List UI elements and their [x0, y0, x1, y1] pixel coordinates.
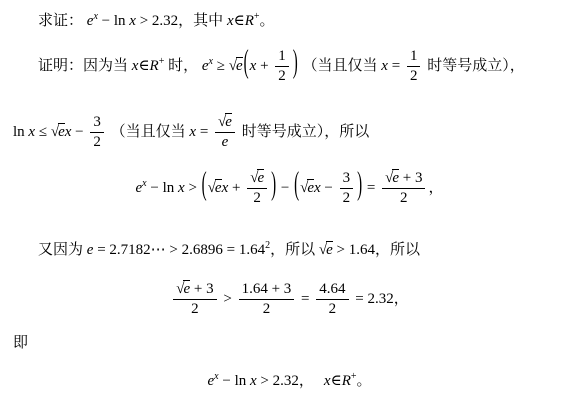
- fraction-numerator: 1: [275, 48, 289, 67]
- fraction-3-2: 32: [340, 170, 354, 208]
- line-numeric-bound: √e + 32 > 1.64 + 32 = 4.642 = 2.32，: [0, 281, 579, 319]
- op-minus-ln: − ln: [102, 13, 126, 29]
- big-paren-open: (: [293, 165, 300, 208]
- op-minus: −: [75, 124, 83, 140]
- sqrt-e: √e: [300, 180, 314, 196]
- line-claim: 求证： ex − ln x > 2.32，其中 x∈R+。: [38, 12, 275, 32]
- text-qizhong: ，其中: [178, 13, 227, 29]
- var-x: x: [222, 180, 229, 196]
- because-label: 又因为: [38, 242, 87, 258]
- cond-close: 时等号成立），: [423, 58, 524, 74]
- sup-x: x: [214, 371, 218, 382]
- fraction-denominator: 2: [173, 300, 216, 318]
- comma: ，: [394, 291, 409, 307]
- line-combined-inequality: ex − ln x > (√ex + √e2) − (√ex − 32) = √…: [0, 170, 579, 208]
- op-plus: +: [260, 58, 268, 74]
- plus-3: + 3: [190, 281, 213, 297]
- op-in: ∈: [234, 13, 245, 29]
- sqrt-e: √e: [176, 281, 190, 297]
- var-x: x: [189, 124, 196, 140]
- line-proof-start: 证明：因为当 x∈R+ 时， ex ≥ √e(x + 12) （当且仅当 x =…: [38, 48, 525, 86]
- op-eq: =: [367, 180, 375, 196]
- radicand-e: e: [257, 169, 264, 186]
- fraction-denominator: 2: [340, 189, 354, 207]
- fraction-denominator: 2: [275, 67, 289, 85]
- fraction-denominator: 2: [239, 300, 295, 318]
- fraction-numerator: 1: [407, 48, 421, 67]
- fraction-numerator: 3: [90, 114, 104, 133]
- big-paren-open: (: [243, 43, 250, 86]
- cmp-gt-164: > 1.64: [333, 242, 375, 258]
- fraction-denominator: 2: [247, 189, 267, 207]
- var-x: x: [324, 373, 331, 389]
- op-gt: >: [188, 180, 196, 196]
- cond-open: （当且仅当: [303, 58, 382, 74]
- var-x: x: [250, 58, 257, 74]
- big-paren-close: ): [270, 165, 277, 208]
- fraction-numerator: 1.64 + 3: [239, 281, 295, 300]
- line-conclusion: ex − ln x > 2.32，x∈R+。: [0, 372, 579, 392]
- fraction-sqrte-plus-3-over-2: √e + 32: [382, 170, 425, 208]
- comma: ，: [428, 180, 443, 196]
- period: 。: [260, 13, 275, 29]
- var-x: x: [250, 373, 257, 389]
- var-R: R: [245, 13, 254, 29]
- fraction-denominator: e: [215, 133, 235, 151]
- fraction-numerator: √e + 3: [173, 281, 216, 300]
- var-x: x: [142, 178, 146, 189]
- fraction-numerator: √e: [215, 114, 235, 133]
- var-x: x: [209, 56, 213, 67]
- fraction-numerator: √e: [247, 170, 267, 189]
- sqrt-e: √e: [218, 114, 232, 130]
- var-R: R: [342, 373, 351, 389]
- var-e: e: [222, 134, 229, 150]
- line-lnx-bound: ln x ≤ √ex − 32 （当且仅当 x = √ee 时等号成立），所以: [13, 114, 369, 152]
- period: 。: [357, 373, 372, 389]
- sqrt-e: √e: [51, 124, 65, 140]
- sqrt-e: √e: [229, 58, 243, 74]
- radicand-e: e: [307, 179, 314, 196]
- var-x: x: [129, 13, 136, 29]
- radicand-e: e: [236, 57, 243, 74]
- op-minus-ln: − ln: [222, 373, 246, 389]
- text-shi: 时，: [164, 58, 198, 74]
- op-minus-ln: − ln: [150, 180, 174, 196]
- numeric-chain: = 2.7182⋯ > 2.6896 = 1.64: [93, 242, 265, 258]
- var-x: x: [314, 180, 321, 196]
- radicand-e: e: [215, 179, 222, 196]
- op-le: ≤: [39, 124, 47, 140]
- big-paren-close: ): [356, 165, 363, 208]
- fraction-sqrte-plus-3-over-2: √e + 32: [173, 281, 216, 319]
- op-eq: =: [200, 124, 208, 140]
- text-suoyi: ，所以: [270, 242, 319, 258]
- fraction-sqrte-e: √ee: [215, 114, 235, 152]
- big-paren-close: ): [292, 43, 299, 86]
- line-ji: 即: [13, 334, 28, 354]
- line-e-estimate: 又因为 e = 2.7182⋯ > 2.6896 = 1.642，所以 √e >…: [38, 241, 420, 261]
- op-eq: =: [301, 291, 309, 307]
- text-suoyi: ，所以: [375, 242, 420, 258]
- fraction-numerator: √e + 3: [382, 170, 425, 189]
- var-x: x: [178, 180, 185, 196]
- radicand-e: e: [58, 123, 65, 140]
- cond-close: 时等号成立），所以: [238, 124, 369, 140]
- proof-label: 证明：因为当: [38, 58, 132, 74]
- fraction-3-2: 32: [90, 114, 104, 152]
- text-ji: 即: [13, 335, 28, 351]
- var-x: x: [28, 124, 35, 140]
- var-e: e: [202, 58, 209, 74]
- eq-232: = 2.32: [355, 291, 393, 307]
- fraction-denominator: 2: [382, 189, 425, 207]
- op-plus: +: [232, 180, 240, 196]
- op-in: ∈: [138, 58, 149, 74]
- cond-open: （当且仅当: [111, 124, 190, 140]
- fraction-sqrte-2: √e2: [247, 170, 267, 208]
- fraction-1-2: 12: [407, 48, 421, 86]
- var-x: x: [214, 371, 218, 382]
- var-x: x: [227, 13, 234, 29]
- radicand-e: e: [225, 113, 232, 130]
- sqrt-e: √e: [385, 170, 399, 186]
- sup-x: x: [93, 11, 97, 22]
- sqrt-e: √e: [319, 242, 333, 258]
- var-x: x: [381, 58, 388, 74]
- fraction-numerator: 4.64: [316, 281, 348, 300]
- op-minus: −: [281, 180, 289, 196]
- op-minus: −: [324, 180, 332, 196]
- sup-x: x: [142, 178, 146, 189]
- op-ge: ≥: [217, 58, 225, 74]
- fraction-464-over-2: 4.642: [316, 281, 348, 319]
- plus-3: + 3: [399, 170, 422, 186]
- cmp-gt-232: > 2.32: [260, 373, 298, 389]
- radicand-e: e: [326, 241, 333, 258]
- claim-label: 求证：: [38, 13, 83, 29]
- fraction-numerator: 3: [340, 170, 354, 189]
- var-x: x: [93, 11, 97, 22]
- op-in: ∈: [331, 373, 342, 389]
- comma: ，: [299, 373, 314, 389]
- sqrt-e: √e: [250, 170, 264, 186]
- op-ln: ln: [13, 124, 25, 140]
- fraction-164-plus-3-over-2: 1.64 + 32: [239, 281, 295, 319]
- var-x: x: [65, 124, 72, 140]
- big-paren-open: (: [201, 165, 208, 208]
- sqrt-e: √e: [208, 180, 222, 196]
- op-eq: =: [392, 58, 400, 74]
- radicand-e: e: [392, 169, 399, 186]
- fraction-denominator: 2: [90, 133, 104, 151]
- var-R: R: [150, 58, 159, 74]
- fraction-denominator: 2: [407, 67, 421, 85]
- fraction-denominator: 2: [316, 300, 348, 318]
- cmp-gt-232: > 2.32: [140, 13, 178, 29]
- sup-x: x: [209, 56, 213, 67]
- math-proof-document: 求证： ex − ln x > 2.32，其中 x∈R+。 证明：因为当 x∈R…: [0, 0, 579, 402]
- op-gt: >: [223, 291, 231, 307]
- fraction-1-2: 12: [275, 48, 289, 86]
